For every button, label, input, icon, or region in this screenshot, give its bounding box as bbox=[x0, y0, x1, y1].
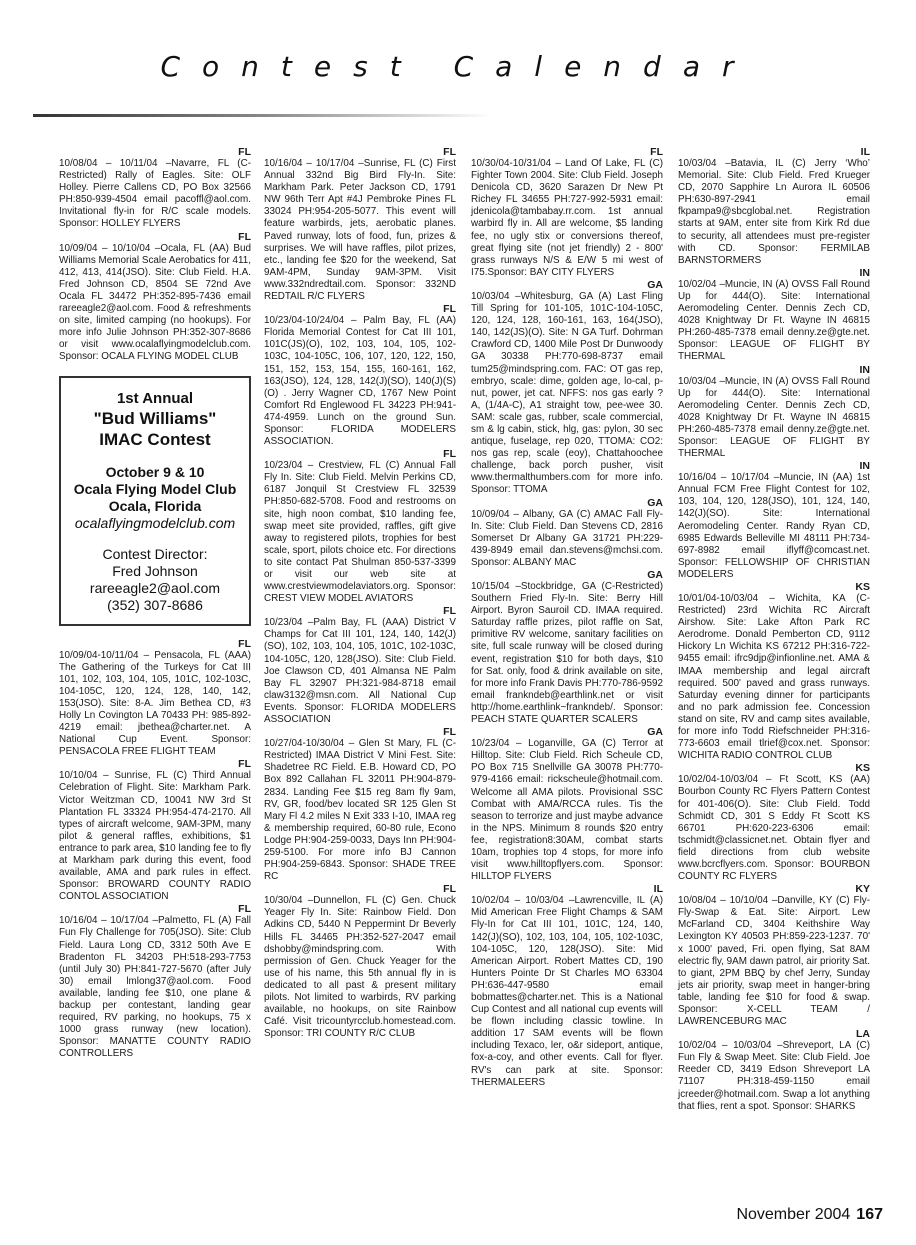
listing-text: 10/16/04 – 10/17/04 –Sunrise, FL (C) Fir… bbox=[264, 158, 456, 303]
listing-text: 10/16/04 – 10/17/04 –Muncie, IN (AA) 1st… bbox=[678, 472, 870, 581]
state-label: FL bbox=[59, 231, 251, 243]
state-label: IL bbox=[471, 883, 663, 895]
listing-entry: FL 10/16/04 – 10/17/04 –Palmetto, FL (A)… bbox=[59, 903, 251, 1060]
state-label: IN bbox=[678, 460, 870, 472]
listing-text: 10/03/04 –Batavia, IL (C) Jerry ‘Who’ Me… bbox=[678, 158, 870, 267]
state-label: FL bbox=[59, 903, 251, 915]
listing-entry: GA 10/03/04 –Whitesburg, GA (A) Last Fli… bbox=[471, 279, 663, 497]
listing-entry: IN 10/03/04 –Muncie, IN (A) OVSS Fall Ro… bbox=[678, 364, 870, 461]
listing-text: 10/15/04 –Stockbridge, GA (C-Restricted)… bbox=[471, 581, 663, 726]
listing-entry: IN 10/16/04 – 10/17/04 –Muncie, IN (AA) … bbox=[678, 460, 870, 581]
listing-entry: FL 10/09/04 – 10/10/04 –Ocala, FL (AA) B… bbox=[59, 231, 251, 364]
state-label: FL bbox=[59, 146, 251, 158]
ad-cd-phone: (352) 307-8686 bbox=[65, 597, 245, 614]
column-1: FL 10/08/04 – 10/11/04 –Navarre, FL (C-R… bbox=[59, 146, 251, 1061]
state-label: FL bbox=[264, 883, 456, 895]
listing-text: 10/03/04 –Muncie, IN (A) OVSS Fall Round… bbox=[678, 376, 870, 461]
listing-text: 10/03/04 –Whitesburg, GA (A) Last Fling … bbox=[471, 291, 663, 497]
listing-text: 10/23/04-10/24/04 – Palm Bay, FL (AA) Fl… bbox=[264, 315, 456, 448]
ad-club: Ocala Flying Model Club bbox=[65, 481, 245, 498]
ad-location: Ocala, Florida bbox=[65, 498, 245, 515]
listing-text: 10/23/04 – Loganville, GA (C) Terror at … bbox=[471, 738, 663, 883]
listing-entry: FL 10/23/04-10/24/04 – Palm Bay, FL (AA)… bbox=[264, 303, 456, 448]
listing-entry: FL 10/10/04 – Sunrise, FL (C) Third Annu… bbox=[59, 758, 251, 903]
state-label: FL bbox=[264, 726, 456, 738]
listing-entry: IN 10/02/04 –Muncie, IN (A) OVSS Fall Ro… bbox=[678, 267, 870, 364]
state-label: LA bbox=[678, 1028, 870, 1040]
listing-text: 10/30/04 –Dunnellon, FL (C) Gen. Chuck Y… bbox=[264, 895, 456, 1040]
page-title: Contest Calendar bbox=[0, 50, 916, 83]
ad-cd-label: Contest Director: bbox=[65, 546, 245, 563]
state-label: GA bbox=[471, 279, 663, 291]
page-footer: November 2004167 bbox=[736, 1206, 883, 1224]
listing-entry: FL 10/27/04-10/30/04 – Glen St Mary, FL … bbox=[264, 726, 456, 883]
state-label: KS bbox=[678, 581, 870, 593]
state-label: FL bbox=[264, 605, 456, 617]
listing-entry: FL 10/23/04 –Palm Bay, FL (AAA) District… bbox=[264, 605, 456, 726]
listing-entry: GA 10/23/04 – Loganville, GA (C) Terror … bbox=[471, 726, 663, 883]
listing-text: 10/09/04 – 10/10/04 –Ocala, FL (AA) Bud … bbox=[59, 243, 251, 364]
column-2: FL 10/16/04 – 10/17/04 –Sunrise, FL (C) … bbox=[264, 146, 456, 1040]
state-label: KS bbox=[678, 762, 870, 774]
listing-text: 10/30/04-10/31/04 – Land Of Lake, FL (C)… bbox=[471, 158, 663, 279]
listing-entry: FL 10/09/04-10/11/04 – Pensacola, FL (AA… bbox=[59, 638, 251, 759]
state-label: FL bbox=[471, 146, 663, 158]
state-label: FL bbox=[264, 146, 456, 158]
listing-entry: KS 10/01/04-10/03/04 – Wichita, KA (C-Re… bbox=[678, 581, 870, 762]
ad-annual: 1st Annual bbox=[65, 390, 245, 408]
listing-entry: FL 10/16/04 – 10/17/04 –Sunrise, FL (C) … bbox=[264, 146, 456, 303]
ad-dates: October 9 & 10 bbox=[65, 464, 245, 481]
state-label: FL bbox=[264, 448, 456, 460]
listing-entry: IL 10/03/04 –Batavia, IL (C) Jerry ‘Who’… bbox=[678, 146, 870, 267]
state-label: KY bbox=[678, 883, 870, 895]
column-3: FL 10/30/04-10/31/04 – Land Of Lake, FL … bbox=[471, 146, 663, 1089]
listing-text: 10/23/04 –Palm Bay, FL (AAA) District V … bbox=[264, 617, 456, 726]
listing-entry: FL 10/23/04 – Crestview, FL (C) Annual F… bbox=[264, 448, 456, 605]
listing-text: 10/01/04-10/03/04 – Wichita, KA (C-Restr… bbox=[678, 593, 870, 762]
state-label: GA bbox=[471, 726, 663, 738]
state-label: GA bbox=[471, 569, 663, 581]
ad-website: ocalaflyingmodelclub.com bbox=[65, 515, 245, 532]
listing-text: 10/27/04-10/30/04 – Glen St Mary, FL (C-… bbox=[264, 738, 456, 883]
listing-entry: GA 10/15/04 –Stockbridge, GA (C-Restrict… bbox=[471, 569, 663, 726]
listing-text: 10/08/04 – 10/10/04 –Danville, KY (C) Fl… bbox=[678, 895, 870, 1028]
listing-text: 10/23/04 – Crestview, FL (C) Annual Fall… bbox=[264, 460, 456, 605]
listing-text: 10/02/04 – 10/03/04 –Lawrencville, IL (A… bbox=[471, 895, 663, 1089]
listing-entry: LA 10/02/04 – 10/03/04 –Shreveport, LA (… bbox=[678, 1028, 870, 1113]
listing-text: 10/16/04 – 10/17/04 –Palmetto, FL (A) Fa… bbox=[59, 915, 251, 1060]
listing-text: 10/02/04 – 10/03/04 –Shreveport, LA (C) … bbox=[678, 1040, 870, 1113]
listing-text: 10/02/04-10/03/04 – Ft Scott, KS (AA) Bo… bbox=[678, 774, 870, 883]
listing-entry: IL 10/02/04 – 10/03/04 –Lawrencville, IL… bbox=[471, 883, 663, 1089]
ad-cd-name: Fred Johnson bbox=[65, 563, 245, 580]
state-label: FL bbox=[59, 758, 251, 770]
listing-text: 10/08/04 – 10/11/04 –Navarre, FL (C-Rest… bbox=[59, 158, 251, 231]
listing-entry: GA 10/09/04 – Albany, GA (C) AMAC Fall F… bbox=[471, 497, 663, 569]
listing-text: 10/02/04 –Muncie, IN (A) OVSS Fall Round… bbox=[678, 279, 870, 364]
contest-advertisement: 1st Annual "Bud Williams" IMAC Contest O… bbox=[59, 376, 251, 626]
listing-text: 10/10/04 – Sunrise, FL (C) Third Annual … bbox=[59, 770, 251, 903]
state-label: IL bbox=[678, 146, 870, 158]
listing-entry: KS 10/02/04-10/03/04 – Ft Scott, KS (AA)… bbox=[678, 762, 870, 883]
issue-date: November 2004 bbox=[736, 1206, 850, 1223]
ad-cd-email: rareeagle2@aol.com bbox=[65, 580, 245, 597]
listing-entry: FL 10/08/04 – 10/11/04 –Navarre, FL (C-R… bbox=[59, 146, 251, 231]
listing-entry: KY 10/08/04 – 10/10/04 –Danville, KY (C)… bbox=[678, 883, 870, 1028]
ad-event-name: "Bud Williams" bbox=[65, 408, 245, 429]
page-number: 167 bbox=[856, 1206, 883, 1223]
column-4: IL 10/03/04 –Batavia, IL (C) Jerry ‘Who’… bbox=[678, 146, 870, 1113]
listing-text: 10/09/04-10/11/04 – Pensacola, FL (AAA) … bbox=[59, 650, 251, 759]
state-label: IN bbox=[678, 364, 870, 376]
state-label: IN bbox=[678, 267, 870, 279]
listing-entry: FL 10/30/04 –Dunnellon, FL (C) Gen. Chuc… bbox=[264, 883, 456, 1040]
ad-contest-type: IMAC Contest bbox=[65, 429, 245, 450]
state-label: FL bbox=[264, 303, 456, 315]
listing-text: 10/09/04 – Albany, GA (C) AMAC Fall Fly-… bbox=[471, 509, 663, 569]
listing-entry: FL 10/30/04-10/31/04 – Land Of Lake, FL … bbox=[471, 146, 663, 279]
state-label: FL bbox=[59, 638, 251, 650]
state-label: GA bbox=[471, 497, 663, 509]
title-divider bbox=[33, 114, 493, 117]
